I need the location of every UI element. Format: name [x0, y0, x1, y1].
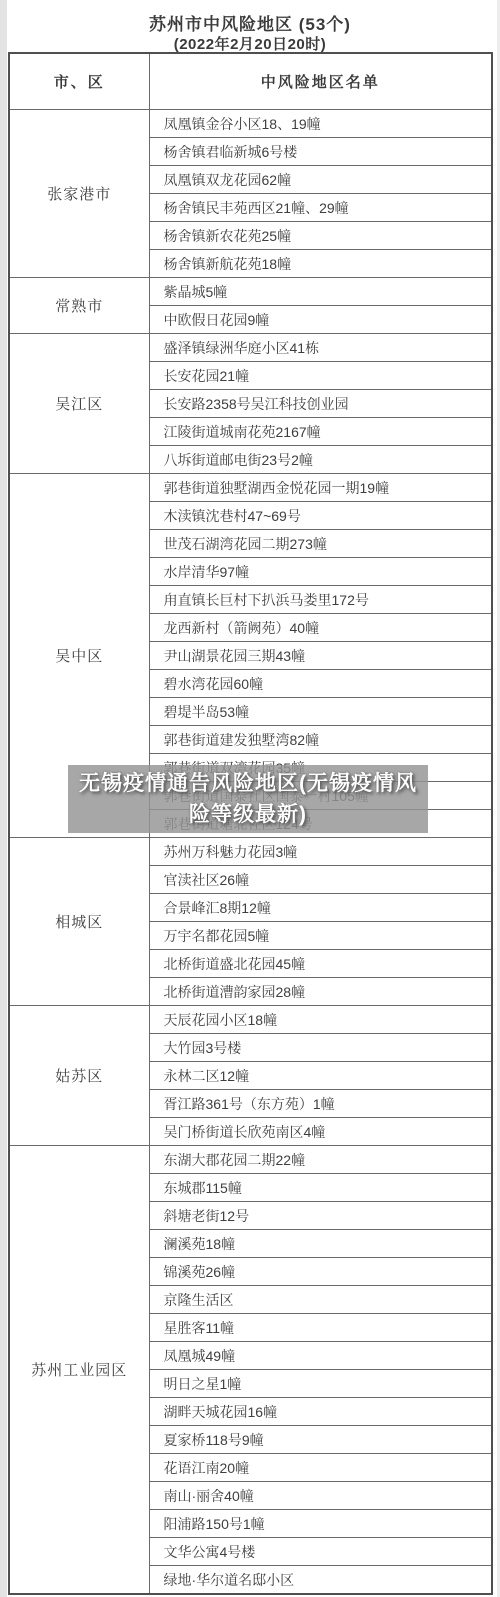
district-cell: 张家港市 — [9, 110, 149, 278]
area-cell: 湖畔天城花园16幢 — [149, 1398, 492, 1426]
area-cell: 永林二区12幢 — [149, 1062, 492, 1090]
area-cell: 南山·丽舍40幢 — [149, 1482, 492, 1510]
area-cell: 锦溪苑26幢 — [149, 1258, 492, 1286]
district-cell: 吴中区 — [9, 474, 149, 838]
area-cell: 中欧假日花园9幢 — [149, 306, 492, 334]
area-cell: 东湖大郡花园二期22幢 — [149, 1146, 492, 1174]
area-cell: 凤凰镇金谷小区18、19幢 — [149, 110, 492, 138]
table-row: 姑苏区天辰花园小区18幢 — [9, 1006, 492, 1034]
area-cell: 阳浦路150号1幢 — [149, 1510, 492, 1538]
table-row: 吴江区盛泽镇绿洲华庭小区41栋 — [9, 334, 492, 362]
area-cell: 长安花园21幢 — [149, 362, 492, 390]
area-cell: 木渎镇沈巷村47~69号 — [149, 502, 492, 530]
table-row: 吴中区郭巷街道独墅湖西金悦花园一期19幢 — [9, 474, 492, 502]
area-cell: 绿地·华尔道名邸小区 — [149, 1566, 492, 1595]
area-cell: 花语江南20幢 — [149, 1454, 492, 1482]
column-header-district: 市、区 — [9, 53, 149, 110]
risk-area-table: 市、区 中风险地区名单 张家港市凤凰镇金谷小区18、19幢杨舍镇君临新城6号楼凤… — [8, 52, 493, 1595]
area-cell: 凤凰镇双龙花园62幢 — [149, 166, 492, 194]
area-cell: 澜溪苑18幢 — [149, 1230, 492, 1258]
area-cell: 杨舍镇新航花苑18幢 — [149, 250, 492, 278]
area-cell: 京隆生活区 — [149, 1286, 492, 1314]
area-cell: 官渎社区26幢 — [149, 866, 492, 894]
area-cell: 东城郡115幢 — [149, 1174, 492, 1202]
area-cell: 盛泽镇绿洲华庭小区41栋 — [149, 334, 492, 362]
area-cell: 郭巷街道独墅湖西金悦花园一期19幢 — [149, 474, 492, 502]
district-cell: 相城区 — [9, 838, 149, 1006]
area-cell: 天辰花园小区18幢 — [149, 1006, 492, 1034]
area-cell: 世茂石湖湾花园二期273幢 — [149, 530, 492, 558]
area-cell: 杨舍镇新农花苑25幢 — [149, 222, 492, 250]
area-cell: 万宇名都花园5幢 — [149, 922, 492, 950]
area-cell: 苏州万科魅力花园3幢 — [149, 838, 492, 866]
area-cell: 尹山湖景花园三期43幢 — [149, 642, 492, 670]
area-cell: 郭巷街道塘北社区124号 — [149, 810, 492, 838]
area-cell: 长安路2358号吴江科技创业园 — [149, 390, 492, 418]
area-cell: 郭巷街道建发独墅湾82幢 — [149, 726, 492, 754]
district-cell: 吴江区 — [9, 334, 149, 474]
area-cell: 八坼街道邮电街23号2幢 — [149, 446, 492, 474]
area-cell: 龙西新村（箭阙苑）40幢 — [149, 614, 492, 642]
area-cell: 紫晶城5幢 — [149, 278, 492, 306]
area-cell: 合景峰汇8期12幢 — [149, 894, 492, 922]
area-cell: 杨舍镇民丰苑西区21幢、29幢 — [149, 194, 492, 222]
area-cell: 胥江路361号（东方苑）1幢 — [149, 1090, 492, 1118]
area-cell: 文华公寓4号楼 — [149, 1538, 492, 1566]
district-cell: 苏州工业园区 — [9, 1146, 149, 1595]
area-cell: 斜塘老街12号 — [149, 1202, 492, 1230]
table-row: 苏州工业园区东湖大郡花园二期22幢 — [9, 1146, 492, 1174]
table-row: 张家港市凤凰镇金谷小区18、19幢 — [9, 110, 492, 138]
area-cell: 碧水湾花园60幢 — [149, 670, 492, 698]
area-cell: 江陵街道城南花苑2167幢 — [149, 418, 492, 446]
area-cell: 北桥街道盛北花园45幢 — [149, 950, 492, 978]
area-cell: 吴门桥街道长欣苑南区4幢 — [149, 1118, 492, 1146]
area-cell: 水岸清华97幢 — [149, 558, 492, 586]
area-cell: 北桥街道漕韵家园28幢 — [149, 978, 492, 1006]
district-cell: 常熟市 — [9, 278, 149, 334]
column-header-area-list: 中风险地区名单 — [149, 53, 492, 110]
area-cell: 星胜客11幢 — [149, 1314, 492, 1342]
district-cell: 姑苏区 — [9, 1006, 149, 1146]
area-cell: 碧堤半岛53幢 — [149, 698, 492, 726]
area-cell: 郭巷街道国泰社区国泰一村105幢 — [149, 782, 492, 810]
area-cell: 杨舍镇君临新城6号楼 — [149, 138, 492, 166]
table-row: 常熟市紫晶城5幢 — [9, 278, 492, 306]
page-title: 苏州市中风险地区 (53个) — [0, 10, 500, 35]
area-cell: 甪直镇长巨村下扒浜马娄里172号 — [149, 586, 492, 614]
table-row: 相城区苏州万科魅力花园3幢 — [9, 838, 492, 866]
risk-table-body: 张家港市凤凰镇金谷小区18、19幢杨舍镇君临新城6号楼凤凰镇双龙花园62幢杨舍镇… — [9, 110, 492, 1595]
table-header-row: 市、区 中风险地区名单 — [9, 53, 492, 110]
left-edge-strip — [0, 0, 7, 1597]
area-cell: 大竹园3号楼 — [149, 1034, 492, 1062]
area-cell: 夏家桥118号9幢 — [149, 1426, 492, 1454]
area-cell: 明日之星1幢 — [149, 1370, 492, 1398]
page-date-subtitle: (2022年2月20日20时) — [0, 33, 500, 54]
area-cell: 郭巷街道双湾花园35幢 — [149, 754, 492, 782]
area-cell: 凤凰城49幢 — [149, 1342, 492, 1370]
